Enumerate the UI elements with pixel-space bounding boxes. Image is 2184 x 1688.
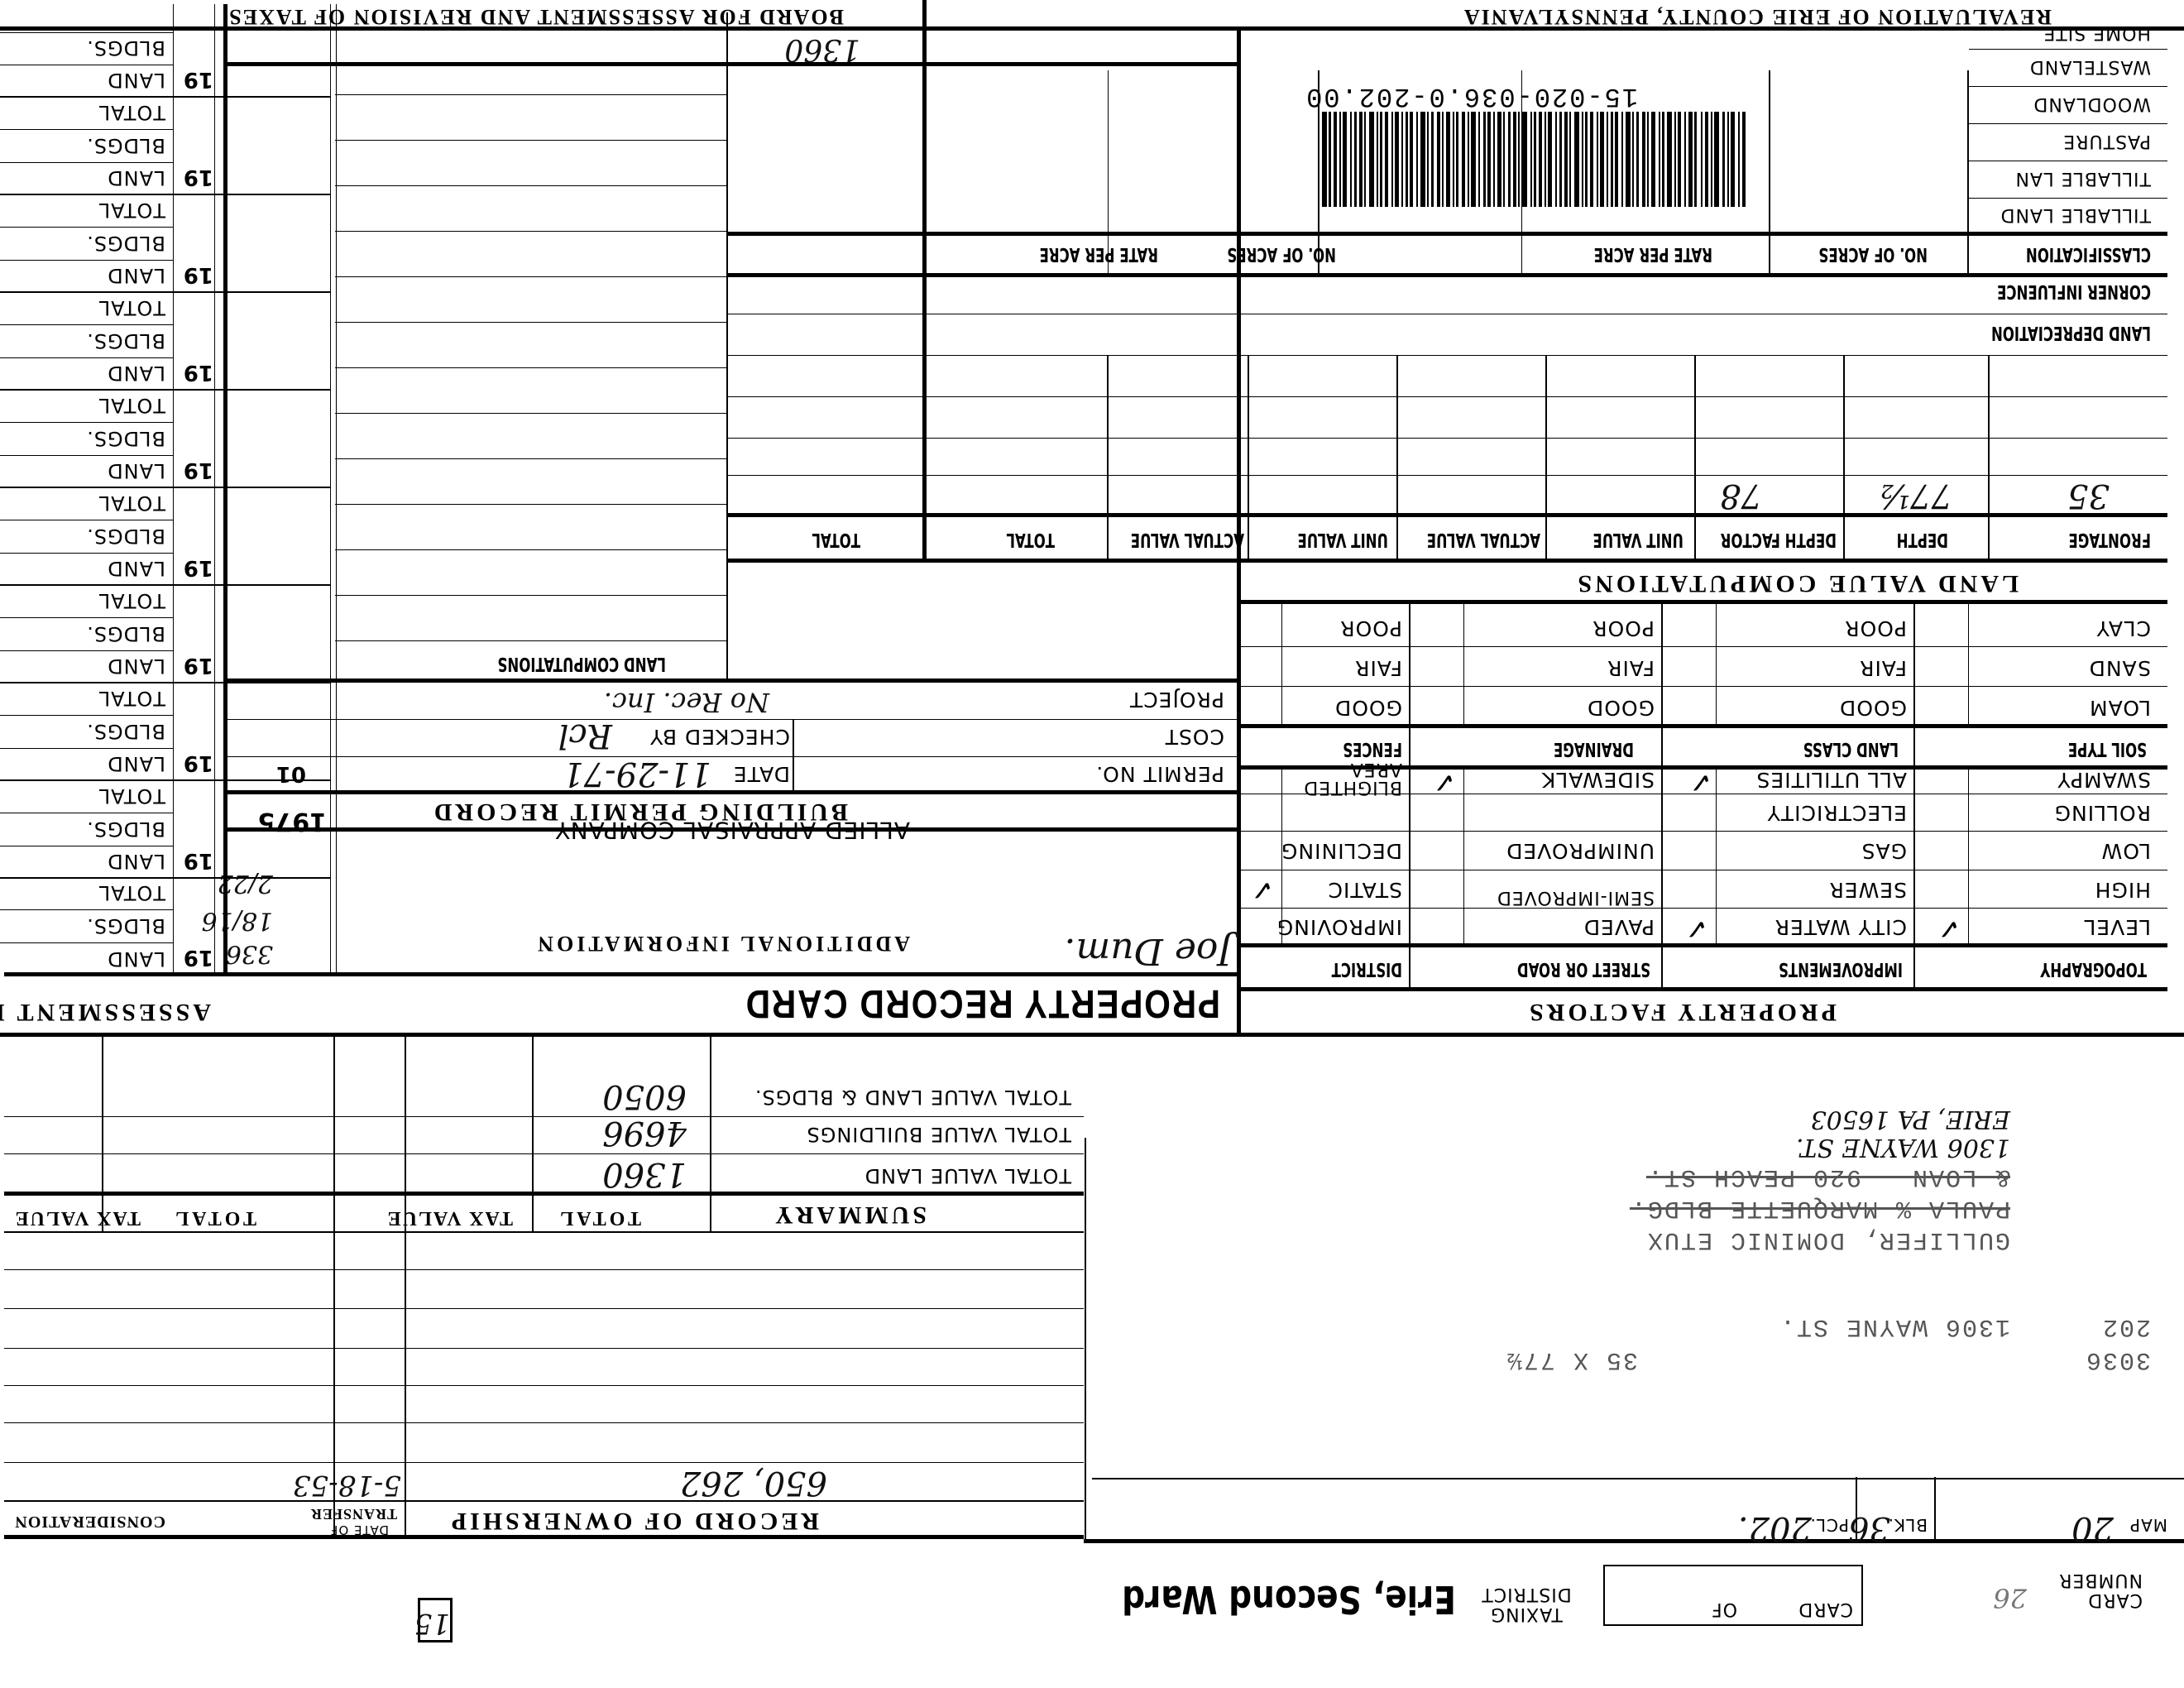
lv-classification: CLASSIFICATION (2026, 243, 2151, 265)
map-value: 20 (2071, 1509, 2114, 1547)
assess-land-1: LAND (107, 947, 165, 971)
lv-col-total-2: TOTAL (812, 529, 860, 550)
lv-rate-per-acre-1: RATE PER ACRE (1594, 243, 1712, 265)
landclass-poor: POOR (1844, 616, 1907, 640)
assess-total-6: TOTAL (98, 394, 165, 417)
lv-depth-value: 77½ (1878, 477, 1952, 515)
pf-col-drainage: DRAINAGE (1554, 738, 1634, 760)
impr-all-utilities: ALL UTILITIES (1756, 768, 1907, 792)
check-paved: ✓ (1685, 912, 1709, 945)
summary-row-land-total: 1360 (602, 1155, 687, 1193)
card-number-label: CARD NUMBER (2035, 1570, 2143, 1609)
pf-col-fences: FENCES (1343, 738, 1402, 760)
consideration-label: CONSIDERATION (14, 1512, 165, 1531)
assess-year-2: 19 (184, 848, 213, 873)
map-label: MAP (2129, 1515, 2167, 1535)
assess-bldgs-2: BLDGS. (86, 818, 165, 841)
permit-date-value: 11-29-71 (563, 755, 711, 793)
card-of-box: CARD OF (1603, 1565, 1863, 1626)
blk-label: BLK. (1888, 1515, 1928, 1535)
lv-woodland: WOODLAND (2033, 94, 2151, 114)
blk-value: 36 (1848, 1509, 1890, 1547)
assess-bldgs-5: BLDGS. (86, 525, 165, 548)
lv-pasture: PASTURE (2062, 131, 2151, 151)
lv-no-of-acres-1: NO. OF ACRES (1818, 243, 1928, 265)
appraiser-signature: Joe Dum. (1065, 930, 1233, 972)
street-unimproved: UNIMPROVED (1506, 839, 1655, 863)
assess-year-8: 19 (184, 262, 213, 287)
district-declining: DECLINING (1281, 839, 1402, 863)
permit-no-label: PERMIT NO. (1095, 762, 1224, 786)
assess-land-6: LAND (107, 459, 165, 482)
assess-land-9: LAND (107, 166, 165, 189)
total-land-value-amount: 1360 (784, 32, 860, 66)
fences-poor: POOR (1339, 616, 1402, 640)
cost-label: COST (1165, 725, 1224, 749)
record-of-ownership-title: RECORD OF OWNERSHIP (448, 1507, 819, 1535)
assess-bldgs-1: BLDGS. (86, 914, 165, 938)
footer-board: BOARD FOR ASSESSMENT AND REVISION OF TAX… (227, 4, 844, 29)
assess-total-3: TOTAL (98, 687, 165, 710)
lv-land-depreciation: LAND DEPRECIATION (1991, 322, 2151, 343)
checked-by-label: CHECKED BY (649, 725, 790, 749)
topo-swampy: SWAMPY (2057, 768, 2151, 792)
lv-col-total-1: TOTAL (1006, 529, 1055, 550)
drainage-fair: FAIR (1607, 656, 1655, 680)
land-computations-title: LAND COMPUTATIONS (497, 653, 666, 674)
note-1: 336 (226, 939, 273, 968)
lv-col-actual-value-2: ACTUAL VALUE (1131, 529, 1244, 550)
lv-col-depth-factor: DEPTH FACTOR (1721, 529, 1837, 550)
district-static: STATIC (1328, 878, 1402, 902)
pf-col-street: STREET OR ROAD (1517, 958, 1650, 980)
owner-line1-dims: 35 X 77½ (1506, 1345, 1638, 1374)
struck-address-2: & LOAN - 920 PEACH ST. (1646, 1163, 2010, 1191)
pf-col-improvements: IMPROVEMENTS (1779, 958, 1903, 980)
assess-year-6: 19 (184, 458, 213, 482)
ownership-date-1: 5-18-53 (293, 1469, 401, 1502)
summary-row-bldgs-label: TOTAL VALUE BUILDINGS (807, 1123, 1071, 1146)
ward-box: 15 (418, 1598, 453, 1642)
parcel-barcode-text: 15-020-036.0-202.00 (1305, 81, 1638, 112)
lv-no-of-acres-2: NO. OF ACRES (1227, 243, 1336, 265)
lv-wasteland: WASTELAND (2029, 56, 2151, 77)
project-label: PROJECT (1129, 688, 1224, 712)
project-value: No Rec. Inc. (604, 687, 769, 718)
assess-total-4: TOTAL (98, 589, 165, 612)
pf-col-district: DISTRICT (1332, 958, 1402, 980)
drainage-good: GOOD (1587, 696, 1655, 720)
pcl-label: PCL. (1809, 1515, 1849, 1535)
assess-land-2: LAND (107, 850, 165, 873)
lv-depth-factor-value: 78 (1720, 477, 1762, 515)
fences-fair: FAIR (1354, 656, 1402, 680)
assessment-record-title: ASSESSMENT RECORD (0, 998, 211, 1026)
assess-year-7: 19 (184, 360, 213, 385)
landclass-fair: FAIR (1859, 656, 1907, 680)
summary-right-tax-value-header: TAX VALUE (14, 1206, 141, 1229)
soil-clay: CLAY (2096, 616, 2151, 640)
owner-address: 1306 WAYNE ST. (1779, 1312, 2010, 1340)
note-2: 18/16 (202, 906, 273, 935)
hand-address-2: ERIE, PA 16503 (1811, 1105, 2010, 1134)
summary-row-total-label: TOTAL VALUE LAND & BLDGS. (754, 1086, 1071, 1109)
property-record-card-scan: CARD NUMBER 26 CARD OF TAXING DISTRICT E… (0, 0, 2184, 1688)
additional-information-title: ADDITIONAL INFORMATION (534, 931, 910, 956)
assess-total-9: TOTAL (98, 101, 165, 124)
footer-revaluation: REVALUATION OF ERIE COUNTY, PENNSYLVANIA (1463, 4, 2052, 29)
assess-land-7: LAND (107, 362, 165, 385)
summary-tax-value-header: TAX VALUE (386, 1206, 513, 1229)
owner-line2-code: 202 (2101, 1312, 2151, 1340)
street-paved: PAVED (1583, 915, 1655, 939)
lv-corner-influence: CORNER INFLUENCE (1997, 281, 2151, 302)
permit-date-label: DATE (733, 762, 790, 786)
pf-col-soil-type: SOIL TYPE (2068, 738, 2147, 760)
parcel-barcode (1249, 112, 1746, 207)
assess-year-4: 19 (184, 653, 213, 678)
check-static: ✓ (1251, 873, 1275, 906)
lv-rate-per-acre-2: RATE PER ACRE (1040, 243, 1158, 265)
assess-year-5: 19 (184, 555, 213, 580)
impr-electricity: ELECTRICITY (1767, 801, 1907, 825)
checked-by-value: Rcl (558, 717, 612, 755)
summary-row-land-label: TOTAL VALUE LAND (864, 1164, 1071, 1187)
assess-total-5: TOTAL (98, 492, 165, 515)
assess-land-5: LAND (107, 557, 165, 580)
assess-bldgs-6: BLDGS. (86, 427, 165, 450)
lv-tillable-land: TILLABLE LAND (2000, 204, 2151, 225)
lv-col-unit-value-1: UNIT VALUE (1592, 529, 1683, 550)
drainage-poor: POOR (1592, 616, 1655, 640)
assess-land-3: LAND (107, 752, 165, 775)
date-of-label: DATE OF (330, 1523, 389, 1537)
building-permit-title: BUILDING PERMIT RECORD (431, 798, 848, 826)
lv-col-unit-value-2: UNIT VALUE (1297, 529, 1388, 550)
taxing-district-value: Erie, Second Ward (1122, 1577, 1456, 1622)
assess-bldgs-9: BLDGS. (86, 134, 165, 157)
assess-total-1: TOTAL (98, 881, 165, 904)
assess-bldgs-3: BLDGS. (86, 720, 165, 743)
assess-bldgs-4: BLDGS. (86, 622, 165, 645)
summary-row-total-total: 6050 (602, 1077, 687, 1115)
summary-total-header: TOTAL (557, 1206, 641, 1229)
check-city-water: ✓ (1937, 912, 1961, 945)
summary-title: SUMMARY (772, 1201, 927, 1229)
soil-sand: SAND (2089, 656, 2151, 680)
street-sidewalk: SIDEWALK (1541, 768, 1655, 792)
pcl-value: 202. (1738, 1509, 1812, 1547)
lv-tillable-lan: TILLABLE LAN (2014, 168, 2151, 189)
ownership-record-1: 650, 262 (680, 1464, 827, 1502)
assess-year-1: 19 (184, 945, 213, 970)
soil-loam: LOAM (2089, 696, 2151, 720)
topo-level: LEVEL (2083, 915, 2151, 939)
assess-bldgs-7: BLDGS. (86, 329, 165, 352)
lv-col-frontage: FRONTAGE (2068, 529, 2151, 550)
topo-low: LOW (2101, 839, 2151, 863)
district-improving: IMPROVING (1276, 915, 1402, 939)
assess-bldgs-10: BLDGS. (86, 36, 165, 60)
lv-col-actual-value-1: ACTUAL VALUE (1427, 529, 1540, 550)
assess-land-4: LAND (107, 655, 165, 678)
owner-line1-code: 3036 (2085, 1345, 2151, 1374)
land-value-computations-title: LAND VALUE COMPUTATIONS (1574, 569, 2019, 597)
pf-col-land-class: LAND CLASS (1803, 738, 1899, 760)
card-of-of: OF (1711, 1599, 1737, 1619)
fences-good: GOOD (1334, 696, 1402, 720)
assess-year-10: 19 (184, 67, 213, 92)
property-factors-title: PROPERTY FACTORS (1526, 998, 1837, 1026)
lv-home-site: HOME SITE (2043, 22, 2151, 43)
topo-rolling: ROLLING (2054, 801, 2151, 825)
assess-land-10: LAND (107, 69, 165, 92)
assess-year-9: 19 (184, 165, 213, 189)
taxing-district-label: TAXING DISTRICT (1473, 1584, 1580, 1623)
summary-right-total-header: TOTAL (172, 1206, 256, 1229)
summary-row-bldgs-total: 4696 (602, 1114, 687, 1152)
struck-address-1: PAULA % MARQUETTE BLDG. (1630, 1194, 2010, 1222)
hand-address-1: 1306 WAYNE ST. (1796, 1133, 2010, 1162)
street-semi-improved: SEMI-IMPROVED (1489, 888, 1655, 906)
assess-land-8: LAND (107, 264, 165, 287)
impr-sewer: SEWER (1828, 878, 1907, 902)
impr-gas: GAS (1861, 839, 1907, 863)
lv-col-depth: DEPTH (1897, 529, 1948, 550)
card-number-value: 26 (1993, 1582, 2027, 1614)
topo-high: HIGH (2095, 878, 2151, 902)
check-sidewalk: ✓ (1433, 765, 1457, 798)
transfer-label: TRANSFER (310, 1505, 397, 1523)
assess-total-2: TOTAL (98, 784, 165, 808)
assess-total-7: TOTAL (98, 296, 165, 319)
landclass-good: GOOD (1839, 696, 1907, 720)
pf-col-topography: TOPOGRAPHY (2040, 958, 2147, 980)
owner-name: GULLIFER, DOMINIC ETUX (1646, 1225, 2010, 1254)
assess-bldgs-8: BLDGS. (86, 232, 165, 255)
lv-frontage-value: 35 (2067, 477, 2110, 515)
assess-total-8: TOTAL (98, 199, 165, 222)
assess-year-3: 19 (184, 750, 213, 775)
check-all-utilities: ✓ (1689, 765, 1713, 798)
impr-city-water: CITY WATER (1774, 915, 1907, 939)
property-record-card-title: PROPERTY RECORD CARD (745, 981, 1220, 1026)
stamp-code: 01 (276, 761, 306, 786)
card-of-label: CARD (1798, 1599, 1853, 1619)
